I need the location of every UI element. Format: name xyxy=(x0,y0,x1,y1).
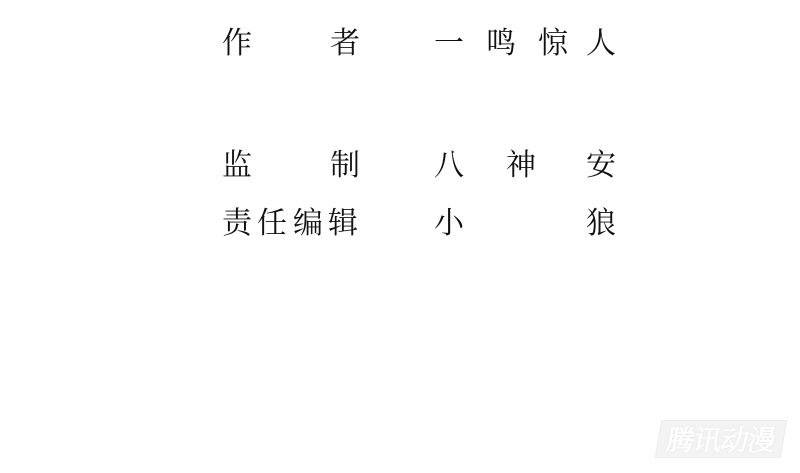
credit-row-supervisor: 监 制 八 神 安 xyxy=(222,146,614,186)
name-char: 惊 xyxy=(538,24,568,64)
name-char: 人 xyxy=(586,24,616,64)
role-char: 辑 xyxy=(328,204,358,244)
role-char: 作 xyxy=(222,24,252,64)
credit-role: 监 制 xyxy=(222,146,364,186)
name-char: 安 xyxy=(586,146,616,186)
role-char: 制 xyxy=(330,146,360,186)
credit-row-author: 作 者 一 鸣 惊 人 xyxy=(222,24,614,64)
credit-role: 作 者 xyxy=(222,24,364,64)
tencent-comics-watermark: 腾讯动漫 xyxy=(655,420,788,458)
role-char: 任 xyxy=(257,204,287,244)
name-char: 狼 xyxy=(586,204,616,244)
name-char: 鸣 xyxy=(486,24,516,64)
credit-name: 八 神 安 xyxy=(434,146,612,186)
role-char: 责 xyxy=(222,204,252,244)
credit-name: 一 鸣 惊 人 xyxy=(434,24,612,64)
name-char: 神 xyxy=(506,146,536,186)
role-char: 编 xyxy=(293,204,323,244)
name-char: 一 xyxy=(434,24,464,64)
credit-name: 小 狼 xyxy=(434,204,612,244)
credit-role: 责 任 编 辑 xyxy=(222,204,364,244)
name-char: 小 xyxy=(434,204,464,244)
role-char: 者 xyxy=(330,24,360,64)
name-char: 八 xyxy=(434,146,464,186)
credits-page: 作 者 一 鸣 惊 人 监 制 八 神 安 责 任 编 辑 小 狼 xyxy=(0,0,800,473)
credit-row-editor: 责 任 编 辑 小 狼 xyxy=(222,204,614,244)
role-char: 监 xyxy=(222,146,252,186)
